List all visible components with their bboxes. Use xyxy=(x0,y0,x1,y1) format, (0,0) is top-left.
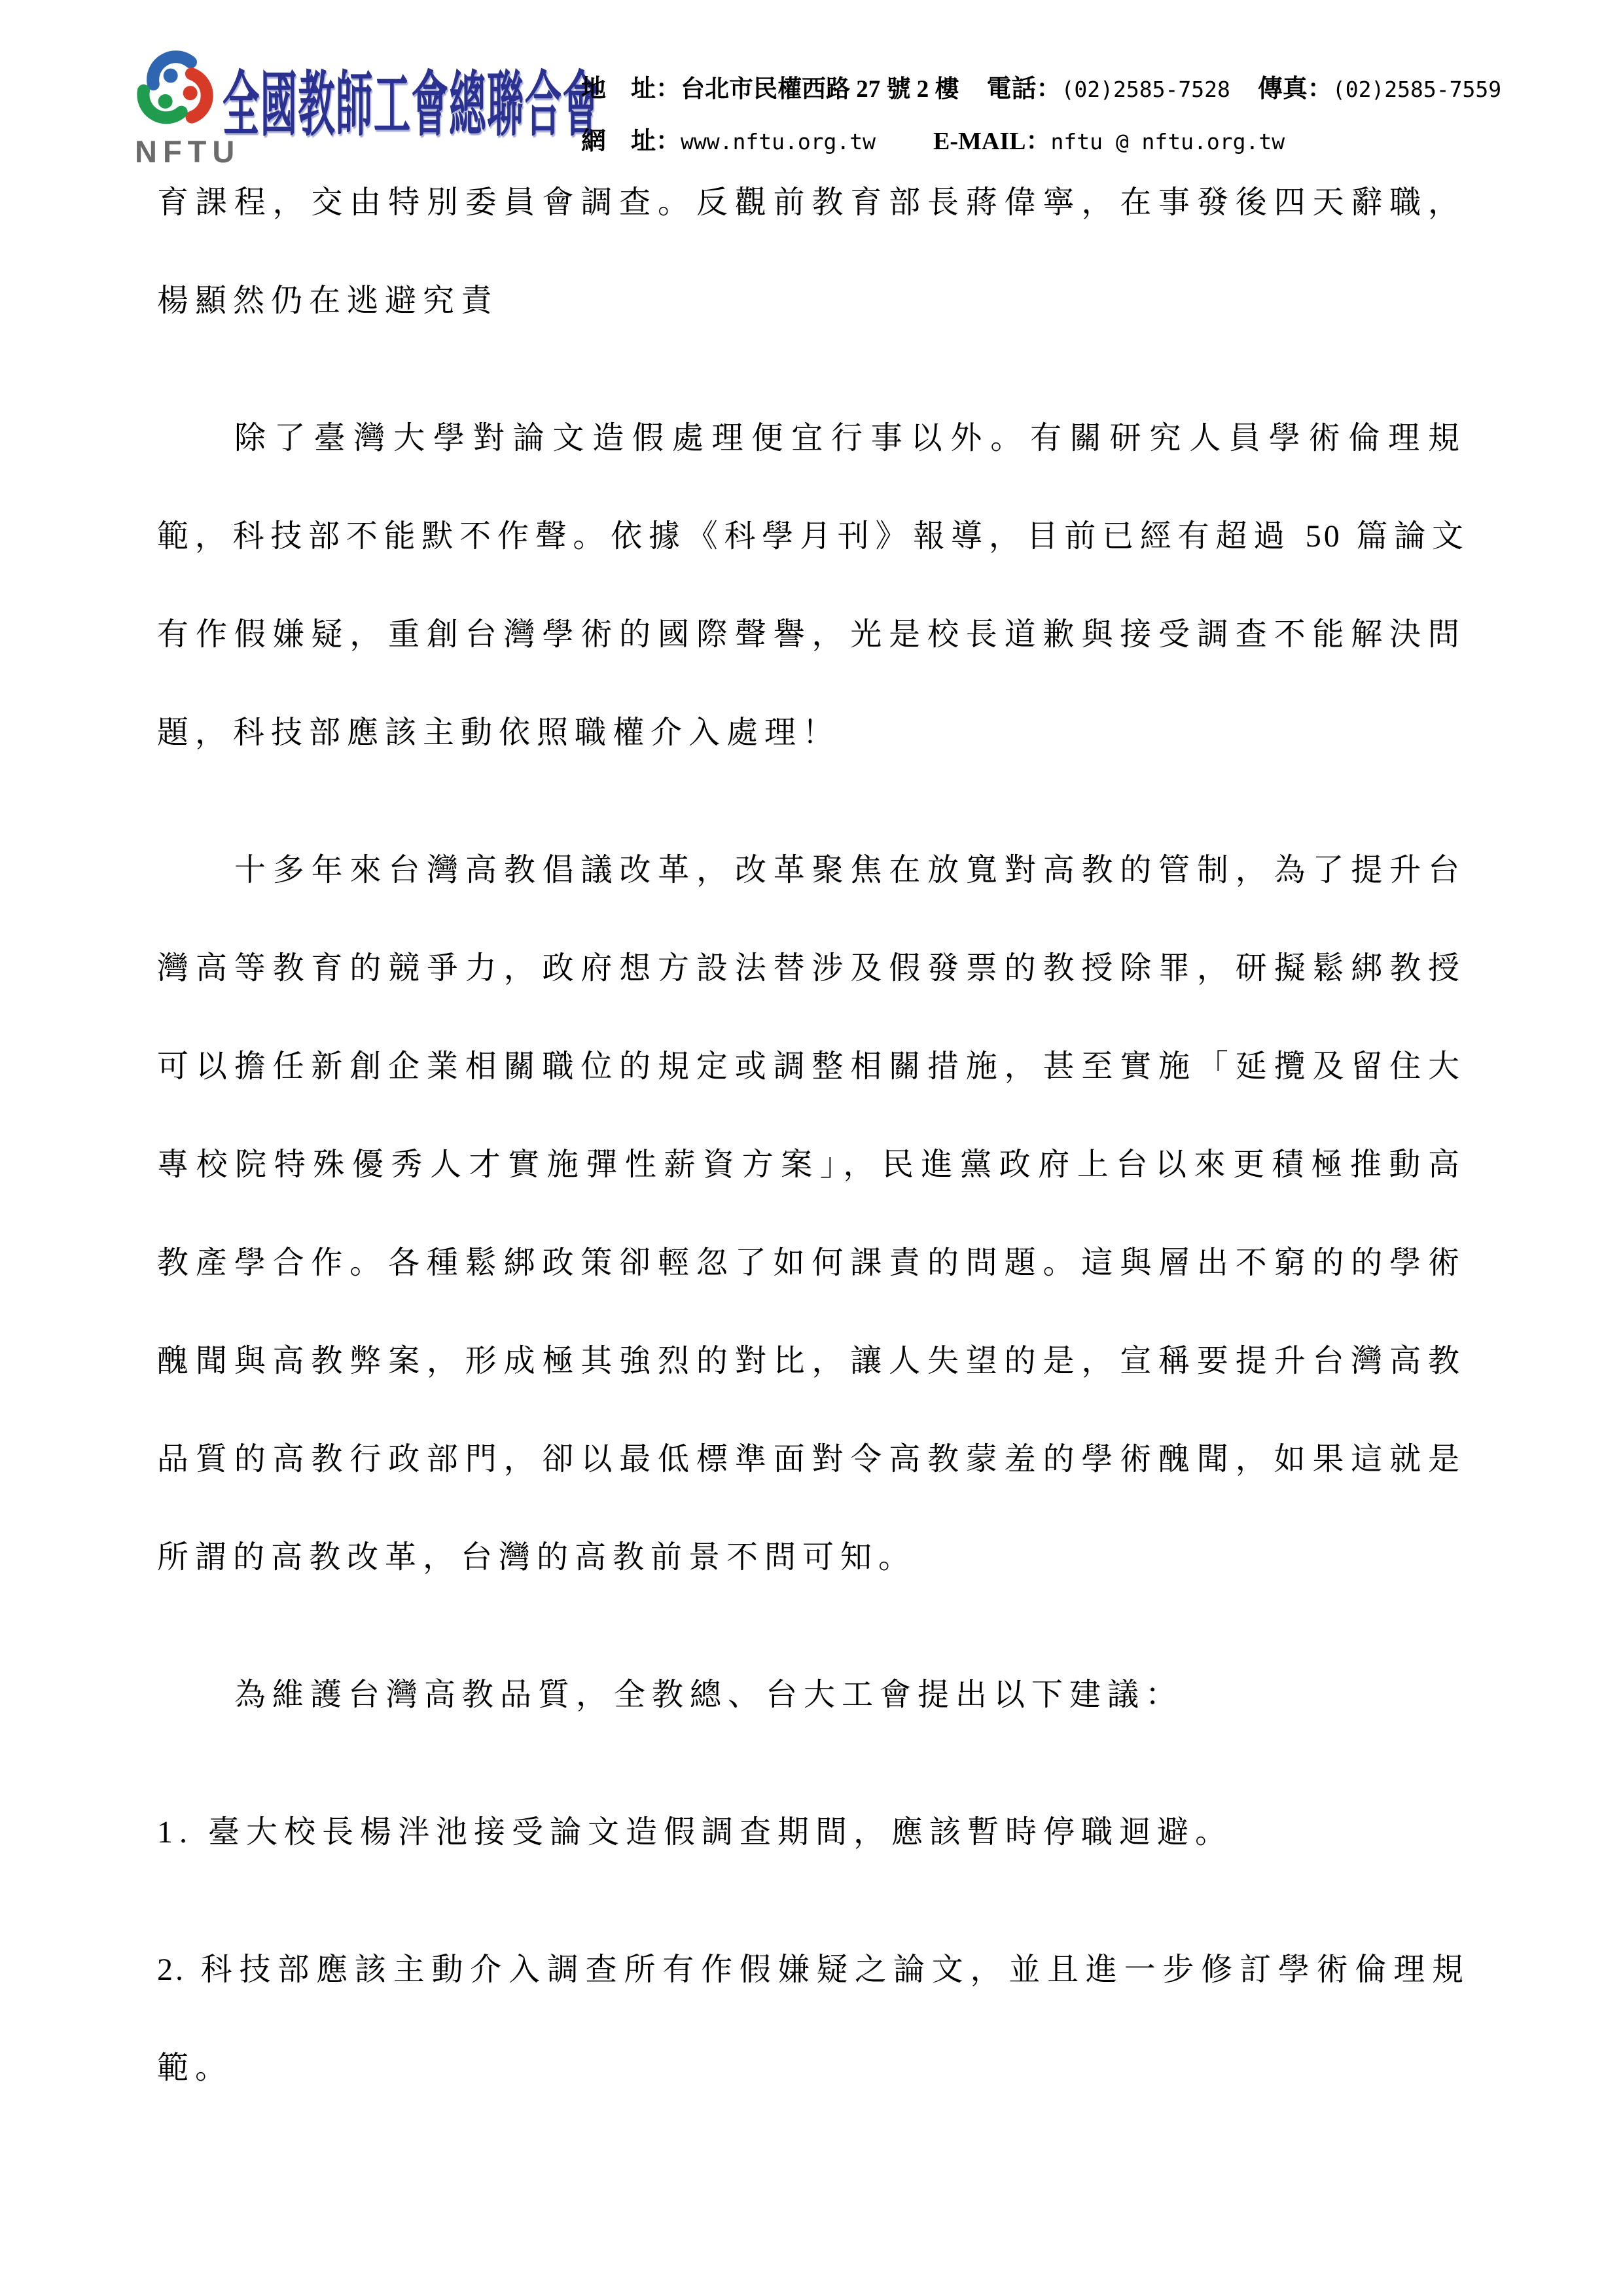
paragraph-1: 育課程，交由特別委員會調查。反觀前教育部長蔣偉寧，在事發後四天辭職， 楊顯然仍在… xyxy=(157,154,1466,350)
text-line: 為維護台灣高教品質，全教總、台大工會提出以下建議： xyxy=(157,1646,1466,1744)
fax-label: 傳真： xyxy=(1258,63,1332,115)
text-line: 育課程，交由特別委員會調查。反觀前教育部長蔣偉寧，在事發後四天辭職， xyxy=(157,154,1466,252)
text-line: 十多年來台灣高教倡議改革，改革聚焦在放寬對高教的管制，為了提升台 xyxy=(157,821,1466,920)
list-item-2: 2. 科技部應該主動介入調查所有作假嫌疑之論文，並且進一步修訂學術倫理規 範。 xyxy=(157,1921,1466,2117)
address-value: 台北市民權西路 27 號 2 樓 xyxy=(681,63,959,116)
address-label: 地 址： xyxy=(581,63,681,115)
text-line: 範。 xyxy=(157,2019,1466,2117)
text-line: 灣高等教育的競爭力，政府想方設法替涉及假發票的教授除罪，研擬鬆綁教授 xyxy=(157,920,1466,1018)
fax-value: (02)2585-7559 xyxy=(1332,63,1501,116)
list-item-1: 1. 臺大校長楊泮池接受論文造假調查期間，應該暫時停職迴避。 xyxy=(157,1784,1466,1882)
phone-value: (02)2585-7528 xyxy=(1061,63,1230,116)
paragraph-2: 除了臺灣大學對論文造假處理便宜行事以外。有關研究人員學術倫理規 範，科技部不能默… xyxy=(157,389,1466,782)
contact-row-address-phone-fax: 地 址： 台北市民權西路 27 號 2 樓 電話： (02)2585-7528 … xyxy=(581,63,1501,115)
text-line: 楊顯然仍在逃避究責 xyxy=(157,252,1466,350)
nftu-emblem-icon xyxy=(126,50,224,132)
body-text: 育課程，交由特別委員會調查。反觀前教育部長蔣偉寧，在事發後四天辭職， 楊顯然仍在… xyxy=(157,154,1466,2157)
text-line: 有作假嫌疑，重創台灣學術的國際聲譽，光是校長道歉與接受調查不能解決問 xyxy=(157,586,1466,684)
org-name-title: 全國教師工會總聯合會 xyxy=(223,56,600,156)
text-line: 所謂的高教改革，台灣的高教前景不問可知。 xyxy=(157,1509,1466,1607)
text-line: 可以擔任新創企業相關職位的規定或調整相關措施，甚至實施「延攬及留住大 xyxy=(157,1018,1466,1116)
text-line: 醜聞與高教弊案，形成極其強烈的對比，讓人失望的是，宣稱要提升台灣高教 xyxy=(157,1312,1466,1410)
text-line: 品質的高教行政部門，卻以最低標準面對令高教蒙羞的學術醜聞，如果這就是 xyxy=(157,1410,1466,1509)
paragraph-4: 為維護台灣高教品質，全教總、台大工會提出以下建議： xyxy=(157,1646,1466,1744)
contact-info: 地 址： 台北市民權西路 27 號 2 樓 電話： (02)2585-7528 … xyxy=(581,63,1501,168)
text-line: 題，科技部應該主動依照職權介入處理！ xyxy=(157,684,1466,782)
text-line: 範，科技部不能默不作聲。依據《科學月刊》報導，目前已經有超過 50 篇論文 xyxy=(157,488,1466,586)
paragraph-3: 十多年來台灣高教倡議改革，改革聚焦在放寬對高教的管制，為了提升台 灣高等教育的競… xyxy=(157,821,1466,1607)
text-line: 專校院特殊優秀人才實施彈性薪資方案」，民進黨政府上台以來更積極推動高 xyxy=(157,1116,1466,1214)
text-line: 1. 臺大校長楊泮池接受論文造假調查期間，應該暫時停職迴避。 xyxy=(157,1784,1466,1882)
text-line: 教產學合作。各種鬆綁政策卻輕忽了如何課責的問題。這與層出不窮的的學術 xyxy=(157,1214,1466,1312)
text-line: 除了臺灣大學對論文造假處理便宜行事以外。有關研究人員學術倫理規 xyxy=(157,389,1466,488)
document-page: NFTU 全國教師工會總聯合會 地 址： 台北市民權西路 27 號 2 樓 電話… xyxy=(0,0,1623,2296)
text-line: 2. 科技部應該主動介入調查所有作假嫌疑之論文，並且進一步修訂學術倫理規 xyxy=(157,1921,1466,2019)
phone-label: 電話： xyxy=(987,63,1061,115)
